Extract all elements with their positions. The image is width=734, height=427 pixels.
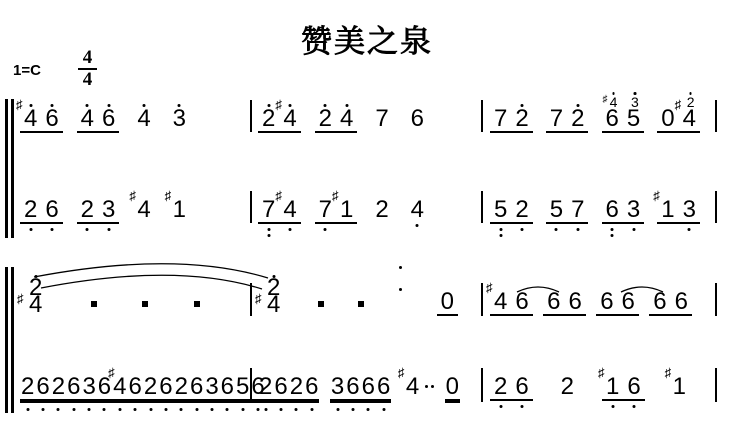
jianpu-note: 4 — [336, 108, 357, 130]
dot — [72, 408, 75, 411]
notation-line-melody-1: ♯4646432♯4247672726♯4530♯42 — [0, 108, 734, 134]
high-octave-dot — [324, 104, 327, 107]
dot — [241, 408, 244, 411]
dot — [521, 405, 524, 408]
beam-group: 4 — [407, 199, 428, 221]
notation-line-bass-1: 2623♯4♯17♯47♯124525763♯13 — [0, 199, 734, 225]
jianpu-note: 2 — [77, 199, 98, 221]
jianpu-note: 6 — [602, 199, 623, 221]
low-octave-dots — [210, 398, 213, 411]
dot — [295, 408, 298, 411]
jianpu-note: ♯4 — [279, 199, 300, 221]
barline — [250, 283, 252, 316]
stacked-upper-note: ♯4 — [610, 92, 618, 108]
barline — [250, 368, 252, 402]
low-octave-dots — [310, 398, 313, 411]
jianpu-note: 6 — [511, 376, 532, 398]
low-octave-dots — [118, 398, 121, 411]
dot — [29, 228, 32, 231]
sharp-sign: ♯ — [255, 293, 262, 305]
barline — [715, 191, 717, 223]
sharp-sign: ♯ — [675, 99, 682, 111]
dot — [280, 408, 283, 411]
low-octave-dots — [289, 221, 292, 231]
dot — [324, 228, 327, 231]
beam-group: ♯1 — [169, 199, 190, 221]
dot — [399, 266, 402, 269]
dot — [499, 405, 502, 408]
dot — [336, 408, 339, 411]
jianpu-note: 2 — [20, 199, 41, 221]
high-octave-dot — [345, 104, 348, 107]
jianpu-note: 7 — [490, 108, 511, 130]
jianpu-note: 6 — [407, 108, 428, 130]
low-octave-dots — [134, 398, 137, 411]
beam-group: 72 — [490, 108, 533, 133]
dot — [521, 228, 524, 231]
measure: 525763♯13 — [490, 199, 712, 224]
low-octave-dots — [264, 398, 267, 411]
jianpu-note: 5 — [546, 199, 567, 221]
dot — [118, 408, 121, 411]
low-octave-dots — [632, 398, 635, 408]
jianpu-note: 3 — [623, 199, 644, 221]
beam-group: 26 — [490, 376, 533, 401]
beam-group: 6♯453 — [602, 108, 645, 133]
sharp-sign: ♯ — [665, 367, 672, 379]
sharp-sign: ♯ — [398, 367, 405, 379]
dot — [226, 408, 229, 411]
low-octave-dots — [42, 398, 45, 411]
beam-group — [358, 301, 364, 316]
time-signature: 4 4 — [74, 49, 101, 89]
dot — [267, 228, 270, 231]
sharp-sign: ♯ — [332, 190, 339, 202]
jianpu-note: 2 — [490, 376, 511, 398]
high-octave-dot — [689, 92, 692, 95]
sharp-sign: ♯ — [486, 282, 493, 294]
jianpu-note: 6 — [511, 291, 532, 313]
dot — [289, 228, 292, 231]
jianpu-note: 6 — [35, 376, 50, 398]
held-beat-mark — [194, 301, 200, 307]
dot — [351, 408, 354, 411]
chord-bottom-note: 4 — [267, 296, 280, 313]
jianpu-note: ♯1 — [669, 376, 690, 398]
barline — [715, 100, 717, 132]
jianpu-note: 6 — [158, 376, 173, 398]
beam-group: 2 — [371, 199, 392, 221]
sharp-sign: ♯ — [16, 99, 23, 111]
sharp-sign: ♯ — [653, 190, 660, 202]
measure: 262♯16♯1 — [490, 376, 712, 401]
low-octave-dots — [521, 398, 524, 408]
chord: ♯24 — [26, 279, 45, 313]
time-signature-denominator: 4 — [74, 71, 101, 89]
jianpu-note: 6 — [273, 376, 288, 398]
low-octave-dots — [103, 398, 106, 411]
time-signature-numerator: 4 — [74, 49, 101, 67]
jianpu-note: ♯42 — [679, 108, 700, 130]
jianpu-note: 2 — [315, 108, 336, 130]
dot — [416, 224, 419, 227]
beam-group: 4 — [133, 108, 154, 130]
jianpu-note: 6 — [98, 108, 119, 130]
low-octave-dots — [295, 398, 298, 411]
jianpu-note: 3 — [98, 199, 119, 221]
high-octave-dot — [29, 104, 32, 107]
jianpu-note: 6 — [41, 108, 62, 130]
sharp-sign: ♯ — [165, 190, 172, 202]
jianpu-note: 53 — [623, 108, 644, 130]
low-octave-dots — [267, 221, 270, 237]
barline — [481, 100, 483, 132]
jianpu-note: 6 — [671, 291, 692, 313]
barline — [481, 283, 483, 316]
high-octave-dot — [267, 104, 270, 107]
jianpu-note: 2 — [143, 376, 158, 398]
jianpu-note: 6 — [618, 291, 639, 313]
low-octave-dots — [26, 398, 29, 411]
dot — [26, 408, 29, 411]
low-octave-dots — [688, 221, 691, 231]
barline — [250, 100, 252, 132]
low-octave-dots — [521, 221, 524, 231]
jianpu-note: 6♯4 — [602, 108, 623, 130]
beam-group: 2626 — [258, 376, 319, 401]
jianpu-note: 6 — [596, 291, 617, 313]
jianpu-note: 7 — [371, 108, 392, 130]
beam-group: 52 — [490, 199, 533, 224]
jianpu-note: 2 — [51, 376, 66, 398]
low-octave-dots — [324, 221, 327, 231]
low-octave-dots — [72, 398, 75, 411]
high-octave-dot — [612, 92, 615, 95]
low-octave-dots — [632, 221, 635, 231]
beam-group: 66 — [649, 291, 692, 316]
jianpu-note: 6 — [128, 376, 143, 398]
sharp-sign: ♯ — [598, 367, 605, 379]
beam-group: 0♯42 — [657, 108, 700, 133]
jianpu-note: ♯1 — [657, 199, 678, 221]
dot — [611, 405, 614, 408]
beam-group: ♯24 — [20, 279, 45, 316]
dot — [382, 408, 385, 411]
beam-group: 72 — [546, 108, 589, 133]
sharp-sign: ♯ — [275, 99, 282, 111]
dot — [149, 408, 152, 411]
beam-group: 66 — [543, 291, 586, 316]
beam-group: 0 — [437, 291, 458, 316]
dot — [632, 405, 635, 408]
low-octave-dots — [499, 221, 502, 237]
sharp-sign: ♯ — [17, 293, 24, 305]
beam-group: ♯4 — [402, 376, 434, 398]
measure: ♯24 — [20, 270, 246, 316]
low-octave-dots — [241, 398, 244, 411]
beam-group: 23 — [77, 199, 120, 224]
jianpu-note: 2 — [289, 376, 304, 398]
dot — [257, 408, 260, 411]
jianpu-note: 6 — [345, 376, 360, 398]
beam-group: ♯16 — [602, 376, 645, 401]
high-octave-dot — [178, 104, 181, 107]
notation-line-bass-2: 262636♯462626365626263666♯40262♯16♯1 — [0, 376, 734, 402]
beam-group: ♯46 — [20, 108, 63, 133]
jianpu-note: ♯1 — [169, 199, 190, 221]
dot — [42, 408, 45, 411]
double-dot-mark — [399, 266, 402, 291]
low-octave-dots — [280, 398, 283, 411]
high-octave-dot — [289, 104, 292, 107]
barline — [715, 368, 717, 402]
low-octave-dots — [351, 398, 354, 411]
measure: 7♯47♯124 — [258, 199, 478, 224]
measure: 2♯42476 — [258, 108, 478, 133]
dot — [431, 385, 434, 388]
beam-group: 26 — [20, 199, 63, 224]
jianpu-note: ♯4 — [112, 376, 127, 398]
dot — [51, 228, 54, 231]
beam-group: 7 — [371, 108, 392, 130]
low-octave-dots — [86, 221, 89, 231]
beam-group: 6 — [407, 108, 428, 130]
jianpu-note: 4 — [407, 199, 428, 221]
jianpu-note: 4 — [77, 108, 98, 130]
measure: ♯240 — [258, 270, 478, 316]
jianpu-note: 2 — [371, 199, 392, 221]
beam-group — [91, 301, 97, 316]
beam-group: ♯13 — [657, 199, 700, 224]
beam-group: 46 — [77, 108, 120, 133]
high-octave-dot — [634, 92, 637, 95]
beam-group: 63 — [602, 199, 645, 224]
beam-group — [142, 301, 148, 316]
held-beat-mark — [142, 301, 148, 307]
low-octave-dots — [611, 221, 614, 237]
dot — [264, 408, 267, 411]
jianpu-note: 6 — [189, 376, 204, 398]
beam-group — [194, 301, 200, 316]
jianpu-note: 2 — [20, 376, 35, 398]
low-octave-dots — [57, 398, 60, 411]
jianpu-note: 6 — [376, 376, 391, 398]
beam-group: ♯24 — [258, 279, 283, 316]
dot — [57, 408, 60, 411]
beam-group: 36♯46 — [81, 376, 142, 401]
jianpu-note: 6 — [41, 199, 62, 221]
jianpu-note: ♯4 — [20, 108, 41, 130]
held-beat-mark — [91, 301, 97, 307]
low-octave-dots — [195, 398, 198, 411]
jianpu-note: 2 — [174, 376, 189, 398]
beam-group — [318, 301, 324, 316]
score-page: 赞美之泉 1=C 4 4 ♯4646432♯4247672726♯4530♯42… — [0, 0, 734, 427]
jianpu-note: 2 — [567, 108, 588, 130]
notation-line-melody-2: ♯24♯240♯46666666 — [0, 270, 734, 316]
jianpu-note: 6 — [649, 291, 670, 313]
beam-group: 0 — [445, 376, 460, 401]
dot — [499, 234, 502, 237]
low-octave-dots — [180, 398, 183, 411]
dot — [399, 288, 402, 291]
beam-group: 3666 — [330, 376, 391, 401]
jianpu-note: 5 — [235, 376, 250, 398]
barline — [715, 283, 717, 316]
key-signature: 1=C — [13, 62, 41, 79]
jianpu-note: 5 — [490, 199, 511, 221]
low-octave-dots — [336, 398, 339, 411]
jianpu-note: 2 — [511, 108, 532, 130]
dot — [134, 408, 137, 411]
dot — [576, 228, 579, 231]
beam-group: 7♯1 — [315, 199, 358, 224]
low-octave-dots — [88, 398, 91, 411]
dot — [499, 228, 502, 231]
high-octave-dot — [576, 104, 579, 107]
dot — [310, 408, 313, 411]
beam-group: ♯46 — [490, 291, 533, 316]
dot — [555, 228, 558, 231]
double-dot-mark — [425, 385, 434, 388]
low-octave-dots — [29, 221, 32, 231]
jianpu-note: 6 — [543, 291, 564, 313]
jianpu-note: 0 — [437, 291, 458, 313]
dot — [107, 228, 110, 231]
low-octave-dots — [107, 221, 110, 231]
dot — [164, 408, 167, 411]
sharp-sign: ♯ — [603, 95, 608, 105]
jianpu-note: 3 — [330, 376, 345, 398]
beam-group: 3 — [169, 108, 190, 130]
beam-group: 3656 — [204, 376, 265, 401]
jianpu-note: 3 — [169, 108, 190, 130]
beam-group — [399, 266, 402, 316]
stacked-upper-note: 3 — [631, 92, 639, 108]
jianpu-note: 6 — [361, 376, 376, 398]
low-octave-dots — [499, 398, 502, 408]
chord-bottom-note: 4 — [29, 296, 42, 313]
low-octave-dots — [416, 221, 419, 227]
page-title: 赞美之泉 — [0, 16, 734, 61]
jianpu-note: ♯4 — [490, 291, 511, 313]
dot — [267, 234, 270, 237]
jianpu-note: 6 — [220, 376, 235, 398]
held-beat-mark — [358, 301, 364, 307]
measure: 2623♯4♯1 — [20, 199, 246, 224]
held-beat-mark — [318, 301, 324, 307]
low-octave-dots — [51, 221, 54, 231]
barline — [481, 191, 483, 223]
low-octave-dots — [611, 398, 614, 408]
beam-group: 2626 — [20, 376, 81, 401]
jianpu-note: 6 — [623, 376, 644, 398]
beam-group: 2♯4 — [258, 108, 301, 133]
jianpu-note: 3 — [81, 376, 96, 398]
high-octave-dot — [86, 104, 89, 107]
high-octave-dot — [51, 104, 54, 107]
beam-group: 2 — [557, 376, 578, 398]
barline — [250, 191, 252, 223]
sharp-sign: ♯ — [275, 190, 282, 202]
measure: 262636♯4626263656 — [20, 376, 246, 401]
low-octave-dots — [555, 221, 558, 231]
dot — [611, 234, 614, 237]
dot — [425, 385, 428, 388]
jianpu-note: 2 — [258, 376, 273, 398]
jianpu-note: ♯4 — [279, 108, 300, 130]
jianpu-note: 3 — [204, 376, 219, 398]
jianpu-note: ♯1 — [602, 376, 623, 398]
dot — [367, 408, 370, 411]
beam-group: 2626 — [143, 376, 204, 401]
low-octave-dots — [367, 398, 370, 411]
jianpu-note: 7 — [546, 108, 567, 130]
high-octave-dot — [272, 275, 275, 278]
jianpu-note: 0 — [445, 376, 460, 398]
measure: ♯46666666 — [490, 270, 712, 316]
measure: 26263666♯40 — [258, 376, 478, 401]
jianpu-note: 7 — [567, 199, 588, 221]
beam-group: 7♯4 — [258, 199, 301, 224]
high-octave-dot — [142, 104, 145, 107]
sharp-sign: ♯ — [108, 367, 115, 379]
high-octave-dot — [34, 275, 37, 278]
low-octave-dots — [149, 398, 152, 411]
dot — [688, 228, 691, 231]
stacked-upper-note: 2 — [687, 92, 695, 108]
dot — [180, 408, 183, 411]
chord: ♯24 — [264, 279, 283, 313]
dot — [88, 408, 91, 411]
low-octave-dots — [576, 221, 579, 231]
low-octave-dots — [226, 398, 229, 411]
measure: ♯464643 — [20, 108, 246, 133]
beam-group: 24 — [315, 108, 358, 133]
jianpu-note: 6 — [304, 376, 319, 398]
beam-group: 57 — [546, 199, 589, 224]
jianpu-note: ♯4 — [402, 376, 423, 398]
jianpu-note: 6 — [564, 291, 585, 313]
barline — [481, 368, 483, 402]
dot — [103, 408, 106, 411]
jianpu-note: 6 — [66, 376, 81, 398]
jianpu-note: 2 — [557, 376, 578, 398]
sharp-sign: ♯ — [129, 190, 136, 202]
jianpu-note: ♯4 — [133, 199, 154, 221]
beam-group: 66 — [596, 291, 639, 316]
jianpu-note: 4 — [133, 108, 154, 130]
high-octave-dot — [521, 104, 524, 107]
low-octave-dots — [164, 398, 167, 411]
dot — [86, 228, 89, 231]
dot — [632, 228, 635, 231]
jianpu-note: 3 — [679, 199, 700, 221]
dot — [210, 408, 213, 411]
jianpu-note: ♯1 — [336, 199, 357, 221]
jianpu-note: 2 — [511, 199, 532, 221]
low-octave-dots — [382, 398, 385, 411]
high-octave-dot — [107, 104, 110, 107]
beam-group: ♯1 — [669, 376, 690, 398]
dot — [611, 228, 614, 231]
dot — [195, 408, 198, 411]
measure: 72726♯4530♯42 — [490, 108, 712, 133]
beam-group: ♯4 — [133, 199, 154, 221]
